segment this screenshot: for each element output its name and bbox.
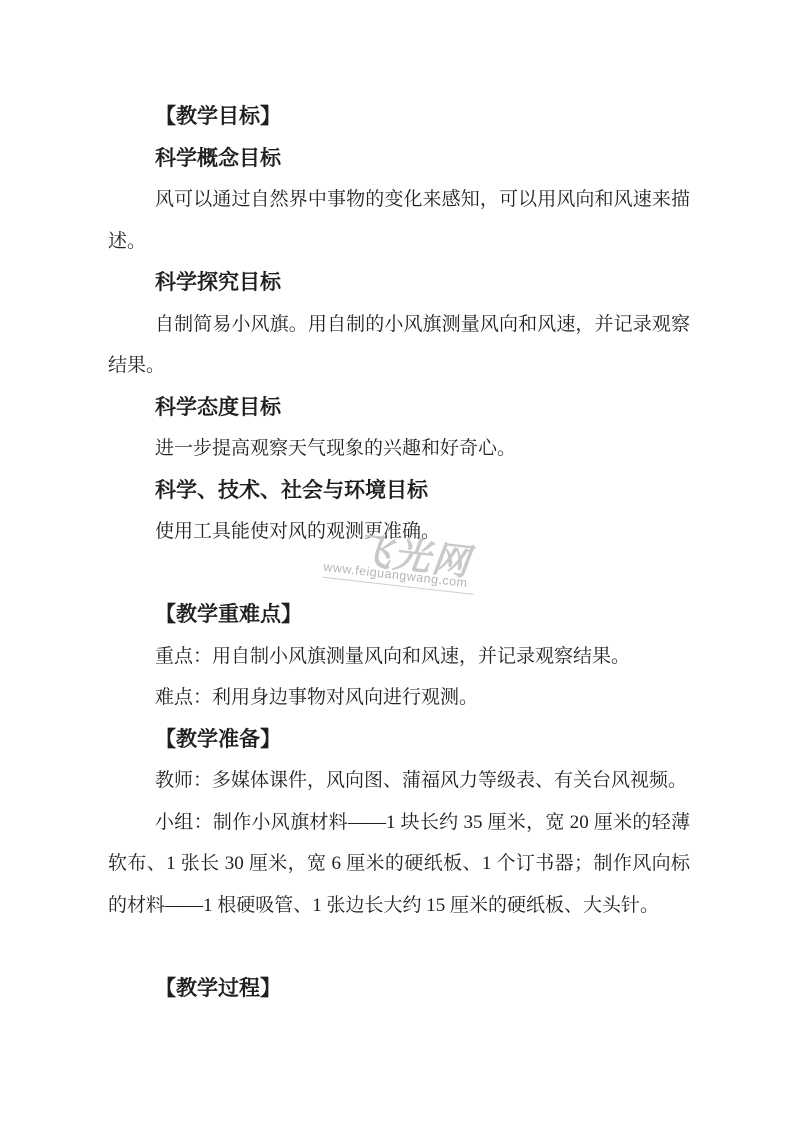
para-science-attitude: 进一步提高观察天气现象的兴趣和好奇心。	[108, 428, 690, 470]
subheading-science-inquiry-goal: 科学探究目标	[108, 262, 690, 304]
para-group-materials: 小组：制作小风旗材料——1 块长约 35 厘米，宽 20 厘米的轻薄软布、1 张…	[108, 802, 690, 927]
heading-teaching-key-difficult-points: 【教学重难点】	[108, 594, 690, 636]
para-difficult-point: 难点：利用身边事物对风向进行观测。	[108, 677, 690, 719]
document-page: 【教学目标】 科学概念目标 风可以通过自然界中事物的变化来感知，可以用风向和风速…	[0, 0, 793, 1122]
subheading-science-tech-society-environment-goal: 科学、技术、社会与环境目标	[108, 470, 690, 512]
heading-teaching-objectives: 【教学目标】	[108, 96, 690, 138]
blank-line	[108, 553, 690, 595]
heading-teaching-preparation: 【教学准备】	[108, 719, 690, 761]
blank-line	[108, 926, 690, 968]
para-science-tech-society-environment: 使用工具能使对风的观测更准确。	[108, 511, 690, 553]
para-teacher-preparation: 教师：多媒体课件，风向图、蒲福风力等级表、有关台风视频。	[108, 760, 690, 802]
document-body: 【教学目标】 科学概念目标 风可以通过自然界中事物的变化来感知，可以用风向和风速…	[108, 96, 690, 1009]
heading-teaching-process: 【教学过程】	[108, 968, 690, 1010]
subheading-science-attitude-goal: 科学态度目标	[108, 387, 690, 429]
subheading-science-concept-goal: 科学概念目标	[108, 138, 690, 180]
para-science-concept: 风可以通过自然界中事物的变化来感知，可以用风向和风速来描述。	[108, 179, 690, 262]
para-key-point: 重点：用自制小风旗测量风向和风速，并记录观察结果。	[108, 636, 690, 678]
para-science-inquiry: 自制简易小风旗。用自制的小风旗测量风向和风速，并记录观察结果。	[108, 304, 690, 387]
